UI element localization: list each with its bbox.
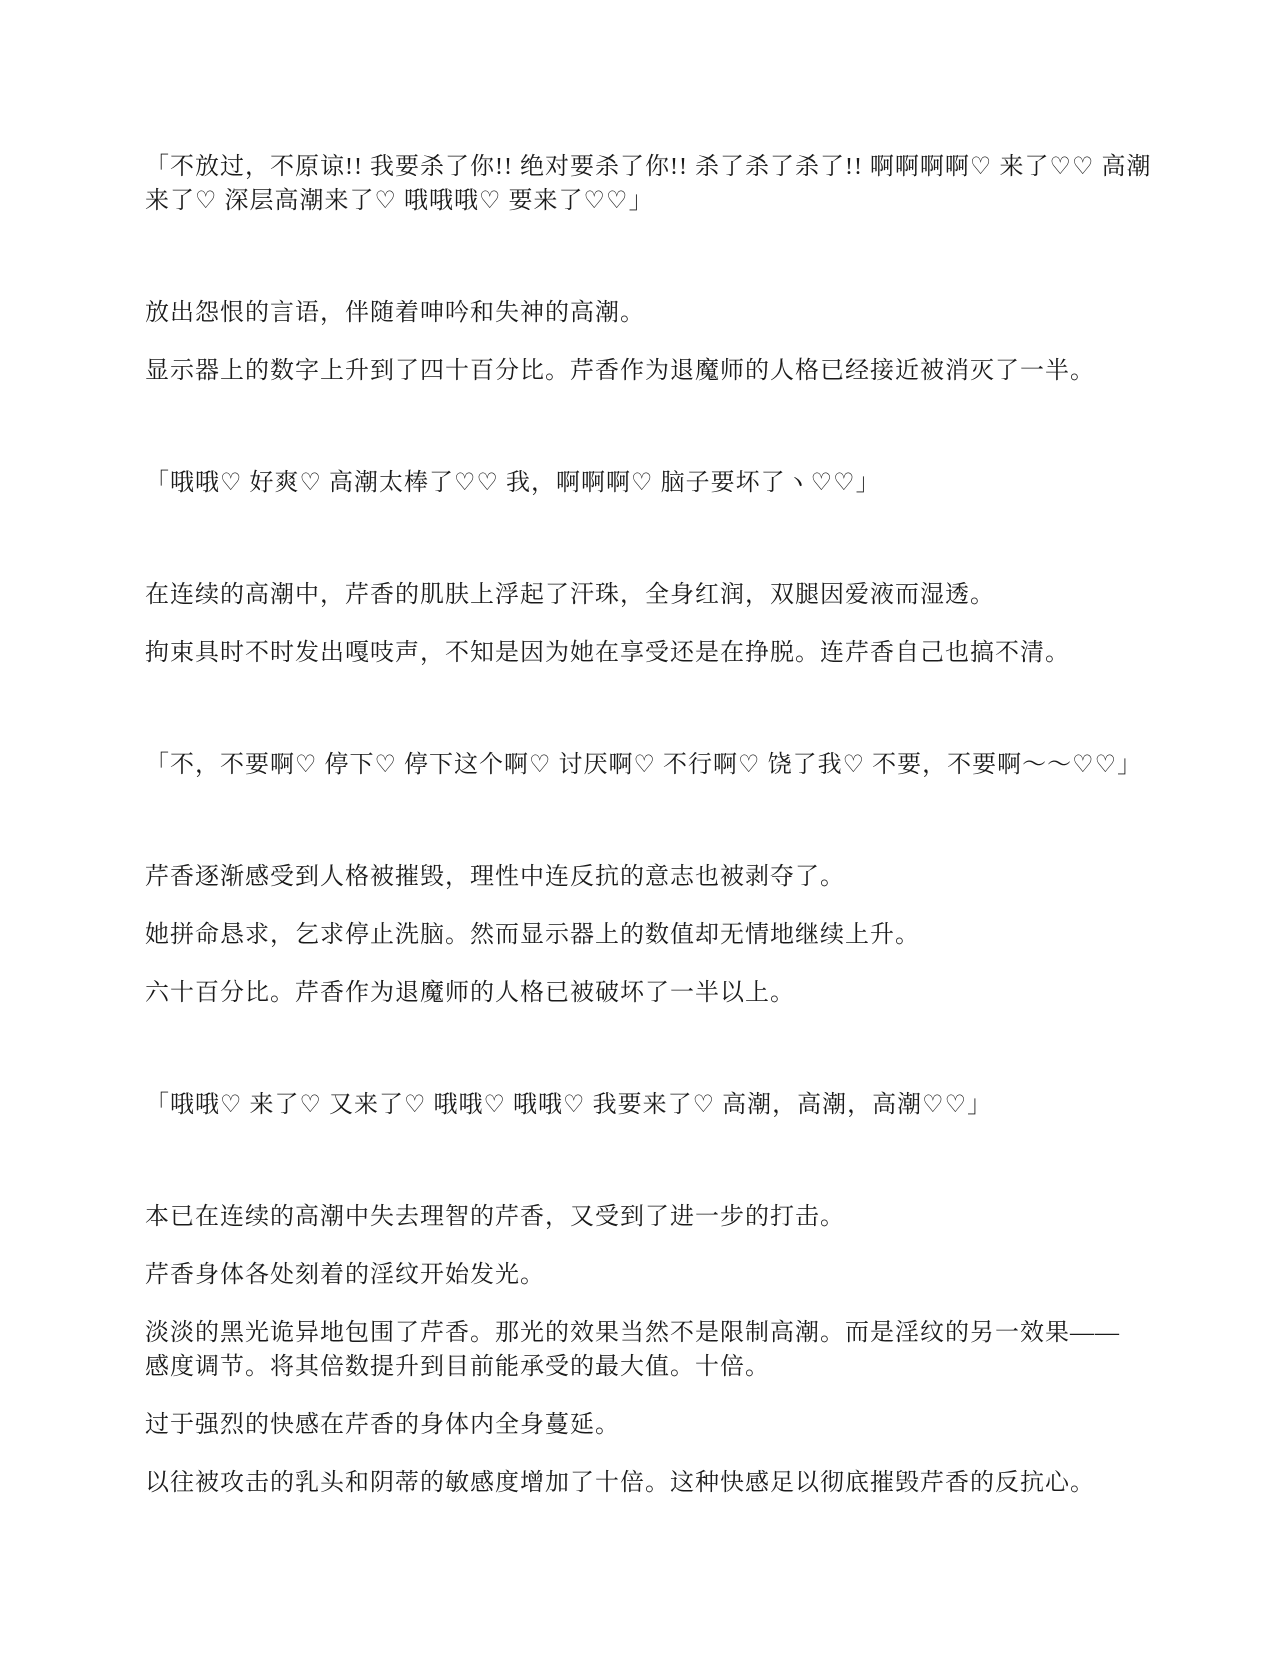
text-line: 放出怨恨的言语，伴随着呻吟和失神的高潮。	[145, 296, 1115, 330]
text-line: 本已在连续的高潮中失去理智的芹香，又受到了进一步的打击。	[145, 1200, 1115, 1234]
narration-paragraph: 芹香逐渐感受到人格被摧毁，理性中连反抗的意志也被剥夺了。	[145, 860, 1115, 894]
text-line: 在连续的高潮中，芹香的肌肤上浮起了汗珠，全身红润，双腿因爱液而湿透。	[145, 578, 1115, 612]
dialogue-paragraph: 「不放过，不原谅!! 我要杀了你!! 绝对要杀了你!! 杀了杀了杀了!! 啊啊啊…	[145, 150, 1115, 218]
narration-paragraph: 她拼命恳求，乞求停止洗脑。然而显示器上的数值却无情地继续上升。	[145, 918, 1115, 952]
narration-paragraph: 芹香身体各处刻着的淫纹开始发光。	[145, 1258, 1115, 1292]
dialogue-paragraph: 「哦哦♡ 好爽♡ 高潮太棒了♡♡ 我，啊啊啊♡ 脑子要坏了ヽ♡♡」	[145, 466, 1115, 500]
narration-paragraph: 拘束具时不时发出嘎吱声，不知是因为她在享受还是在挣脱。连芹香自己也搞不清。	[145, 636, 1115, 670]
text-line: 过于强烈的快感在芹香的身体内全身蔓延。	[145, 1408, 1115, 1442]
text-line: 六十百分比。芹香作为退魔师的人格已被破坏了一半以上。	[145, 976, 1115, 1010]
text-line: 「哦哦♡ 来了♡ 又来了♡ 哦哦♡ 哦哦♡ 我要来了♡ 高潮，高潮，高潮♡♡」	[145, 1088, 1115, 1122]
text-line: 以往被攻击的乳头和阴蒂的敏感度增加了十倍。这种快感足以彻底摧毁芹香的反抗心。	[145, 1466, 1115, 1500]
dialogue-paragraph: 「不，不要啊♡ 停下♡ 停下这个啊♡ 讨厌啊♡ 不行啊♡ 饶了我♡ 不要，不要啊…	[145, 748, 1115, 782]
text-line: 芹香身体各处刻着的淫纹开始发光。	[145, 1258, 1115, 1292]
text-content: 「不放过，不原谅!! 我要杀了你!! 绝对要杀了你!! 杀了杀了杀了!! 啊啊啊…	[145, 150, 1115, 1524]
text-line: 「不放过，不原谅!! 我要杀了你!! 绝对要杀了你!! 杀了杀了杀了!! 啊啊啊…	[145, 150, 1115, 184]
narration-paragraph: 过于强烈的快感在芹香的身体内全身蔓延。	[145, 1408, 1115, 1442]
text-line: 来了♡ 深层高潮来了♡ 哦哦哦♡ 要来了♡♡」	[145, 184, 1115, 218]
narration-paragraph: 六十百分比。芹香作为退魔师的人格已被破坏了一半以上。	[145, 976, 1115, 1010]
text-line: 「哦哦♡ 好爽♡ 高潮太棒了♡♡ 我，啊啊啊♡ 脑子要坏了ヽ♡♡」	[145, 466, 1115, 500]
text-line: 「不，不要啊♡ 停下♡ 停下这个啊♡ 讨厌啊♡ 不行啊♡ 饶了我♡ 不要，不要啊…	[145, 748, 1115, 782]
narration-paragraph: 放出怨恨的言语，伴随着呻吟和失神的高潮。	[145, 296, 1115, 330]
document-page: 「不放过，不原谅!! 我要杀了你!! 绝对要杀了你!! 杀了杀了杀了!! 啊啊啊…	[0, 0, 1280, 1656]
text-line: 淡淡的黑光诡异地包围了芹香。那光的效果当然不是限制高潮。而是淫纹的另一效果——	[145, 1316, 1115, 1350]
text-line: 芹香逐渐感受到人格被摧毁，理性中连反抗的意志也被剥夺了。	[145, 860, 1115, 894]
text-line: 显示器上的数字上升到了四十百分比。芹香作为退魔师的人格已经接近被消灭了一半。	[145, 354, 1115, 388]
dialogue-paragraph: 「哦哦♡ 来了♡ 又来了♡ 哦哦♡ 哦哦♡ 我要来了♡ 高潮，高潮，高潮♡♡」	[145, 1088, 1115, 1122]
narration-paragraph: 以往被攻击的乳头和阴蒂的敏感度增加了十倍。这种快感足以彻底摧毁芹香的反抗心。	[145, 1466, 1115, 1500]
text-line: 拘束具时不时发出嘎吱声，不知是因为她在享受还是在挣脱。连芹香自己也搞不清。	[145, 636, 1115, 670]
narration-paragraph: 本已在连续的高潮中失去理智的芹香，又受到了进一步的打击。	[145, 1200, 1115, 1234]
narration-paragraph: 显示器上的数字上升到了四十百分比。芹香作为退魔师的人格已经接近被消灭了一半。	[145, 354, 1115, 388]
narration-paragraph: 淡淡的黑光诡异地包围了芹香。那光的效果当然不是限制高潮。而是淫纹的另一效果—— …	[145, 1316, 1115, 1384]
narration-paragraph: 在连续的高潮中，芹香的肌肤上浮起了汗珠，全身红润，双腿因爱液而湿透。	[145, 578, 1115, 612]
text-line: 感度调节。将其倍数提升到目前能承受的最大值。十倍。	[145, 1350, 1115, 1384]
text-line: 她拼命恳求，乞求停止洗脑。然而显示器上的数值却无情地继续上升。	[145, 918, 1115, 952]
